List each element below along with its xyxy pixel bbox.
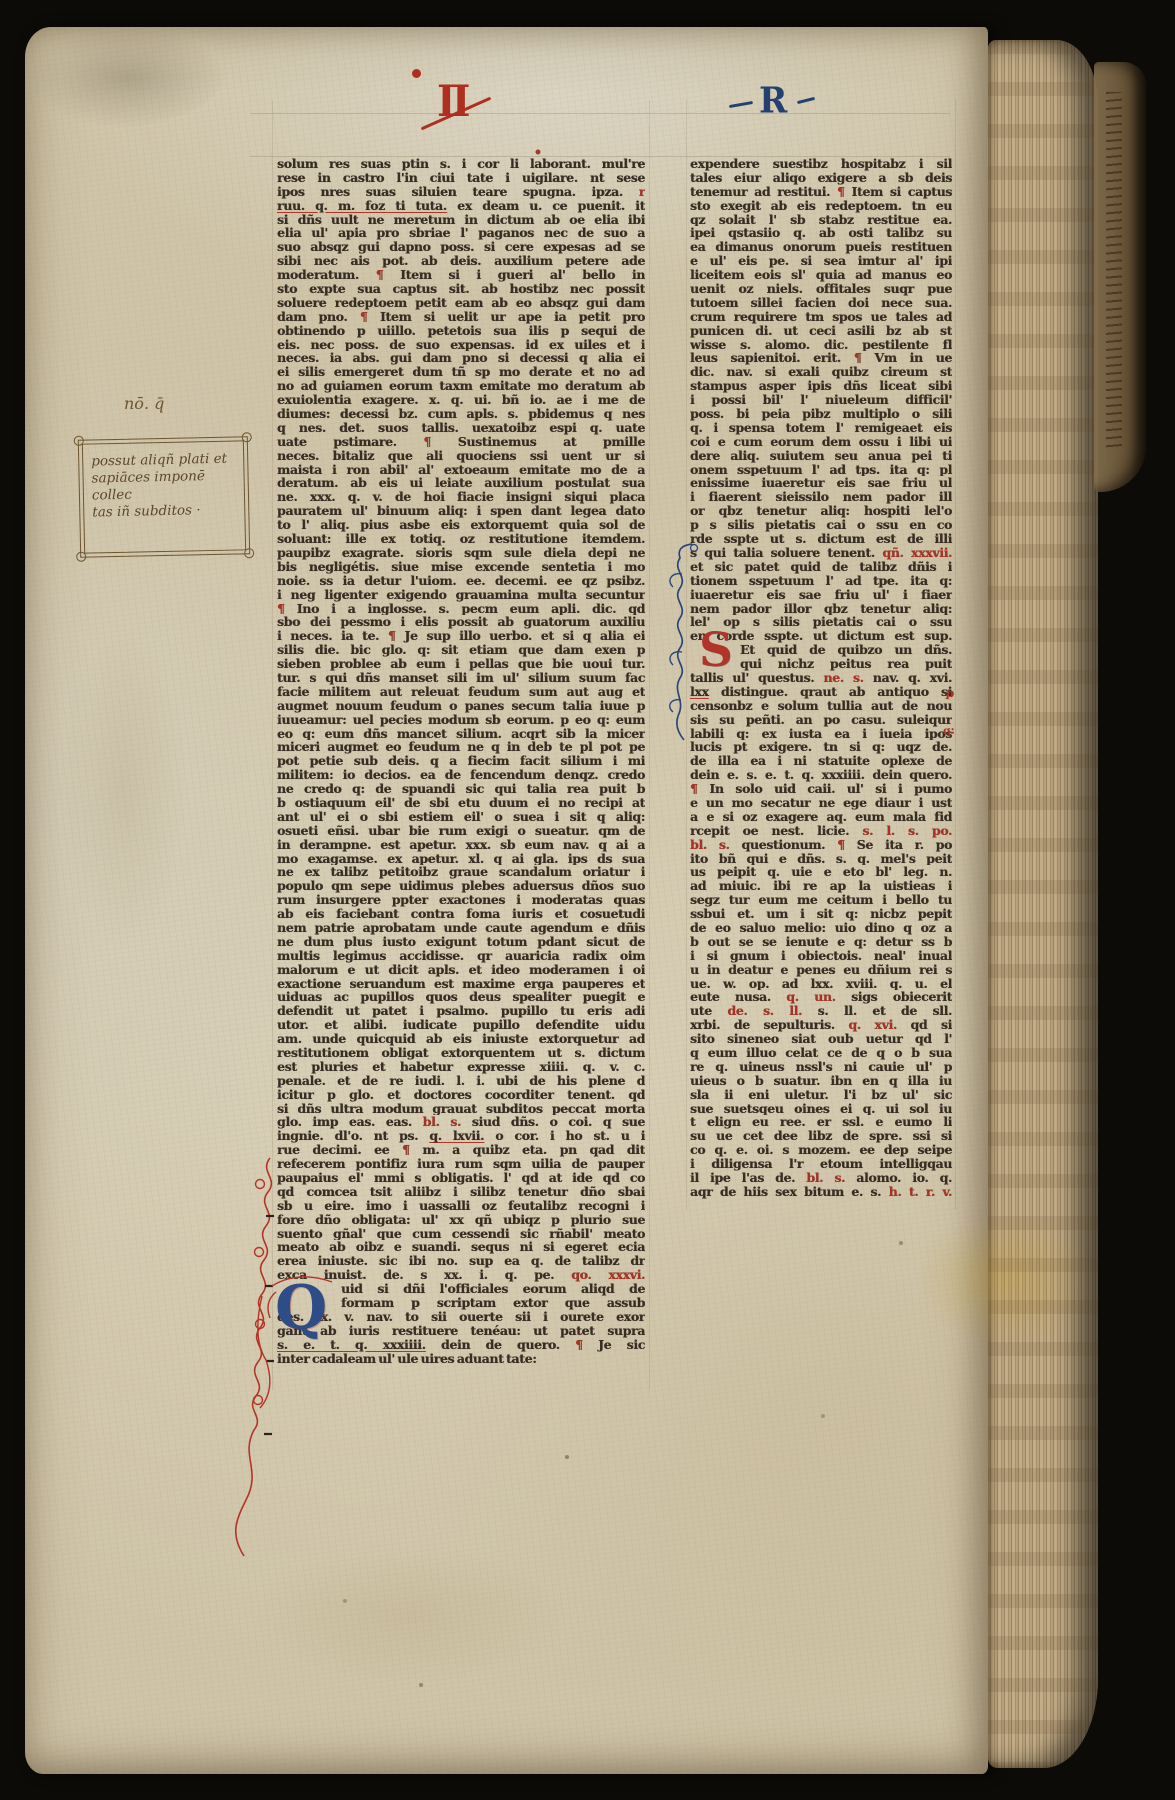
ink-text: questionum. bbox=[729, 838, 837, 852]
text-line: ¶ In solo uid caii. ul' si i pumo bbox=[690, 782, 952, 796]
text-line: sla ii eni uletur. l'i bz ul' sic bbox=[690, 1088, 952, 1102]
text-line: t elign eu ree. er ssl. e eumo li bbox=[690, 1115, 952, 1129]
ink-text: uenit oz niels. offitales suqr pue bbox=[690, 282, 952, 296]
ink-text: Item si captus bbox=[845, 185, 952, 199]
text-line: augmet nouum feudum o panes secum talia … bbox=[277, 699, 645, 713]
text-line: il ipe l'as de. bl. s. alomo. io. q. bbox=[690, 1171, 952, 1185]
text-line: mo exagamse. ex apetur. xl. q ai gla. ip… bbox=[277, 852, 645, 866]
ink-text: uieus o b suatur. ibn en q illa iu bbox=[690, 1074, 952, 1088]
text-line: in derampne. est apetur. xxx. sb eum nav… bbox=[277, 838, 645, 852]
ink-text: defendit ut patet i psalmo. pupillo tu e… bbox=[277, 1004, 645, 1018]
text-line: exuiolentia exagere. x. q. ui. bñ io. ae… bbox=[277, 393, 645, 407]
ink-text: qui nichz peitus rea puit bbox=[740, 657, 952, 671]
text-line: coi e cum eorum dem ossu i libi ui bbox=[690, 435, 952, 449]
ink-text: meato ab oibz e suandi. sequs ni si eger… bbox=[277, 1240, 645, 1254]
text-line: tionem sspetuum l' ad tpe. ita q: bbox=[690, 574, 952, 588]
ink-text: uiduas ac pupillos quos deus spealiter p… bbox=[277, 990, 645, 1004]
text-line: moderatum. ¶ Item si i gueri al' bello i… bbox=[277, 268, 645, 282]
ink-text: ex deam u. ce puenit. it bbox=[447, 199, 645, 213]
text-line: sbo dei pessmo i elis possit ab guatorum… bbox=[277, 615, 645, 629]
folio-mark-blue-letter: R bbox=[759, 83, 787, 119]
text-line: e un mo secatur ne ege diaur i ust bbox=[690, 796, 952, 810]
ink-text: neces. ia abs. gui dam pno si decessi q … bbox=[277, 351, 645, 365]
text-line: enissime iuaeretur eis sae friu ul bbox=[690, 476, 952, 490]
text-line: censonbz e solum tullia aut de nou bbox=[690, 699, 952, 713]
text-line: rum insurgere ppter exactones i moderata… bbox=[277, 893, 645, 907]
text-line: eis. nec poss. de suo expensas. id ex ui… bbox=[277, 338, 645, 352]
text-line: rde sspte ut s. dictum est de illi bbox=[690, 532, 952, 546]
text-line: stampus asper ipis dñs liceat sibi bbox=[690, 379, 952, 393]
red-ink-dot bbox=[412, 69, 421, 78]
text-line: refecerem pontifiz iura rum sqm uilia de… bbox=[277, 1157, 645, 1171]
text-line: dere aliq. suiutem seu anua pei ti bbox=[690, 449, 952, 463]
ink-text: re q. uineus nssl's ni cauie ul' p bbox=[690, 1060, 952, 1074]
text-line: rese in castro l'in ciui tate i uigilare… bbox=[277, 171, 645, 185]
ink-text: eo q: eum dñs mancet silium. acqrt sib l… bbox=[277, 727, 645, 741]
ink-text: censonbz e solum tullia aut de nou bbox=[690, 699, 952, 713]
ink-text: q. lxvii. bbox=[429, 1129, 484, 1143]
ink-text: distingue. qraut ab antiquo si bbox=[709, 685, 952, 699]
ink-text: q. i spensa totem l' remigeaet eis bbox=[690, 421, 952, 435]
text-line: populo qm sepe uidimus plebes aduersus d… bbox=[277, 879, 645, 893]
text-line: b ostiaquum eil' de sbi etu duum ei no r… bbox=[277, 796, 645, 810]
ink-text: ipos nres suas siluien teare spugna. ipz… bbox=[277, 185, 639, 199]
text-line: suo absqz gui dapno poss. si cere expesa… bbox=[277, 240, 645, 254]
rubric-red-text: bl. s. bbox=[806, 1171, 845, 1185]
text-line: ei silis emergeret dum tñ sp mo derate e… bbox=[277, 365, 645, 379]
text-line: re q. uineus nssl's ni cauie ul' p bbox=[690, 1060, 952, 1074]
text-line: ab eis faciebant contra foma iuris et co… bbox=[277, 907, 645, 921]
ink-text: ne. xxx. q. v. de hoi fiacie insigni siq… bbox=[277, 490, 645, 504]
rubric-red-text: r bbox=[639, 185, 645, 199]
text-line: de illa ea i ni statuite oplexe de bbox=[690, 754, 952, 768]
ink-text: i si gnum i obiectois. neal' inual bbox=[690, 949, 952, 963]
ink-text: ant ul' ei o sbi estiem eil' o suea i si… bbox=[277, 810, 645, 824]
ink-text: exuiolentia exagere. x. q. ui. bñ io. ae… bbox=[277, 393, 645, 407]
rubric-red-text: ¶ bbox=[690, 782, 698, 796]
ink-text: stampus asper ipis dñs liceat sibi bbox=[690, 379, 952, 393]
ink-text: am. unde quicquid ab eis iniuste extorqu… bbox=[277, 1032, 645, 1046]
ink-text: utor. et alibi. iudicate pupillo defendi… bbox=[277, 1018, 645, 1032]
ink-text: sbo dei pessmo i elis possit ab guatorum… bbox=[277, 615, 645, 629]
text-line: b out se se ienute e q: detur ss b bbox=[690, 935, 952, 949]
ink-text: de illa ea i ni statuite oplexe de bbox=[690, 754, 952, 768]
ink-text: ute bbox=[690, 1004, 727, 1018]
text-line: u in deatur e penes eu dñium rei s bbox=[690, 963, 952, 977]
text-line: i si gnum i obiectois. neal' inual bbox=[690, 949, 952, 963]
ink-specks bbox=[0, 0, 2, 2]
ink-text: tales eiur aliqo exigere a sb deis bbox=[690, 171, 952, 185]
text-line: soluant: ille ex totiq. oz restitutione … bbox=[277, 532, 645, 546]
ink-text: su ue cet dee libz de spre. ssi si bbox=[690, 1129, 952, 1143]
ink-text: expendere suestibz hospitabz i sil bbox=[690, 157, 952, 171]
ink-text: Je sup illo uerbo. et si q alia ei bbox=[396, 629, 645, 643]
ink-text: Item si i gueri al' bello in bbox=[383, 268, 645, 282]
ink-text: ne credo q: de spuandi sic qui talia rea… bbox=[277, 782, 645, 796]
ink-text: sigs obiecerit bbox=[836, 990, 952, 1004]
text-line: paupaius el' mmi s obligatis. l' qd at i… bbox=[277, 1171, 645, 1185]
ink-text: si dñs uult ne meretum in dictum ab oe e… bbox=[277, 213, 645, 227]
rubric-red-text: q. un. bbox=[786, 990, 835, 1004]
text-line: diumes: decessi bz. cum apls. s. pbidemu… bbox=[277, 407, 645, 421]
ink-text: dein e. s. e. t. q. xxxiiii. dein quero. bbox=[690, 768, 952, 782]
text-line: uate pstimare. ¶ Sustinemus at pmille bbox=[277, 435, 645, 449]
ink-text: eute nusa. bbox=[690, 990, 786, 1004]
text-line: onem sspetuum l' ad tps. ita q: pl bbox=[690, 463, 952, 477]
ink-text: ea dimanus onorum pueis restituen bbox=[690, 240, 952, 254]
ink-text: ue. w. op. ad lxx. xviii. q. u. el bbox=[690, 977, 952, 991]
text-line: q nes. det. suos tallis. uexatoibz espi … bbox=[277, 421, 645, 435]
ink-text: penale. et de re iudi. l. i. ubi de his … bbox=[277, 1074, 645, 1088]
text-line: q eum illuo celat ce de q o b sua bbox=[690, 1046, 952, 1060]
ink-text: qz solait l' sb stabz restitue ea. bbox=[690, 213, 952, 227]
ink-text: ei silis emergeret dum tñ sp mo derate e… bbox=[277, 365, 645, 379]
ink-text: rde sspte ut s. dictum est de illi bbox=[690, 532, 952, 546]
margin-note-frame: possut aliqñ plati et sapiāces imponē co… bbox=[78, 436, 250, 558]
ink-text: sieben problee ab eum i pellas que bie u… bbox=[277, 657, 645, 671]
ink-text: b out se se ienute e q: detur ss b bbox=[690, 935, 952, 949]
text-line: poss. bi peia pibz multiplo o sili bbox=[690, 407, 952, 421]
ink-text: Se ita r. po bbox=[845, 838, 952, 852]
ink-text: paupibz exagrate. sioris sqm sule diela … bbox=[277, 546, 645, 560]
text-line: dic. nav. si exali quibz cireum st bbox=[690, 365, 952, 379]
ink-text: Ino i a inglosse. s. pecm eum apli. dic.… bbox=[285, 602, 645, 616]
ink-text: in derampne. est apetur. xxx. sb eum nav… bbox=[277, 838, 645, 852]
text-line: sieben problee ab eum i pellas que bie u… bbox=[277, 657, 645, 671]
text-line: qz solait l' sb stabz restitue ea. bbox=[690, 213, 952, 227]
ink-text: qd comcea tsit aliibz i silibz tenetur d… bbox=[277, 1185, 645, 1199]
ink-text: lucis pt exigere. tn si q: uqz de. bbox=[690, 740, 952, 754]
text-line: ingnie. dl'o. nt ps. q. lxvii. o cor. i … bbox=[277, 1129, 645, 1143]
ink-text: nav. q. xvi. bbox=[864, 671, 952, 685]
rubric-red-text: s. l. s. po. bbox=[862, 824, 952, 838]
ink-text: mo exagamse. ex apetur. xl. q ai gla. ip… bbox=[277, 852, 645, 866]
ink-text: si dñs ultra modum grauat subditos pecca… bbox=[277, 1102, 645, 1116]
text-line: et sic patet quid de talibz dñis i bbox=[690, 560, 952, 574]
text-line: sito sineneo siat oub uetur qd l' bbox=[690, 1032, 952, 1046]
page-edge-writing bbox=[1094, 62, 1146, 492]
rubric-red-text: h. t. r. v. bbox=[889, 1185, 952, 1199]
ink-text: bis negligétis. siue mise excende sentet… bbox=[277, 560, 645, 574]
text-line: icitur p glo. et doctores cocorditer ten… bbox=[277, 1088, 645, 1102]
ink-text: paupaius el' mmi s obligatis. l' qd at i… bbox=[277, 1171, 645, 1185]
rubric-red-text: ¶ bbox=[837, 838, 845, 852]
ink-text: sito sineneo siat oub uetur qd l' bbox=[690, 1032, 952, 1046]
text-line: sto expte sua captus sit. ab hostibz nec… bbox=[277, 282, 645, 296]
ink-text: s qui talia soluere tenent. bbox=[690, 546, 882, 560]
ink-text: Et quid de quibzo un dñs. bbox=[740, 643, 952, 657]
text-line: deratum. ab eis ui leiate auxilium postu… bbox=[277, 476, 645, 490]
text-line: sibi nec ais pot. ab deis. auxilium pete… bbox=[277, 254, 645, 268]
text-line: ne. xxx. q. v. de hoi fiacie insigni siq… bbox=[277, 490, 645, 504]
ruling-line bbox=[955, 100, 956, 1210]
ink-text: labili q: ex iusta ea i iueia ipos bbox=[690, 727, 952, 741]
ink-text: dic. nav. si exali quibz cireum st bbox=[690, 365, 952, 379]
text-line: a e si oz exagere aq. eum mala fid bbox=[690, 810, 952, 824]
text-line: qd comcea tsit aliibz i silibz tenetur d… bbox=[277, 1185, 645, 1199]
ink-text: segz tur eum me ceitum i bello tu bbox=[690, 893, 952, 907]
ink-text: xrbi. de sepulturis. bbox=[690, 1018, 848, 1032]
text-line: obtinendo p uiillo. petetois sua ilis p … bbox=[277, 324, 645, 338]
ink-text: no ad guiamen eorum taxm emitate mo dera… bbox=[277, 379, 645, 393]
ink-text: miceri augmet eo feudum ne q in deb te p… bbox=[277, 740, 645, 754]
ink-text: rum insurgere ppter exactones i moderata… bbox=[277, 893, 645, 907]
text-line: am. unde quicquid ab eis iniuste extorqu… bbox=[277, 1032, 645, 1046]
text-line: pot petie sub deis. q a fiecim facit sil… bbox=[277, 754, 645, 768]
ruling-line bbox=[250, 113, 950, 114]
ink-text: soluant: ille ex totiq. oz restitutione … bbox=[277, 532, 645, 546]
ink-text: or qbz tenetur aliq: hospiti lel'o bbox=[690, 504, 952, 518]
text-line: facie militem aut releuat feudum sum aut… bbox=[277, 685, 645, 699]
text-line: ipei qstasiio q. ab osti talibz su bbox=[690, 226, 952, 240]
text-line: miceri augmet eo feudum ne q in deb te p… bbox=[277, 740, 645, 754]
margin-note-line: sapiāces imponē collec bbox=[91, 467, 238, 504]
ink-text: i fiaerent sieissilo nem pador ill bbox=[690, 490, 952, 504]
book-fore-edge bbox=[988, 40, 1098, 1768]
ink-text: wisse s. alomo. dic. pestilente fl bbox=[690, 338, 952, 352]
text-line: sto exegit ab eis redeptoem. tn eu bbox=[690, 199, 952, 213]
text-line: rue decimi. ee ¶ m. a quibz eta. pn qad … bbox=[277, 1143, 645, 1157]
ink-text: tur. s qui dñs manset sili im ul' silium… bbox=[277, 671, 645, 685]
ink-text: eis. nec poss. de suo expensas. id ex ui… bbox=[277, 338, 645, 352]
text-line: dam pno. ¶ Item si uelit ur ape ia petit… bbox=[277, 310, 645, 324]
text-line: or qbz tenetur aliq: hospiti lel'o bbox=[690, 504, 952, 518]
ink-text: obtinendo p uiillo. petetois sua ilis p … bbox=[277, 324, 645, 338]
ink-text: deratum. ab eis ui leiate auxilium postu… bbox=[277, 476, 645, 490]
ruling-line bbox=[649, 100, 650, 1390]
ink-text: b ostiaquum eil' de sbi etu duum ei no r… bbox=[277, 796, 645, 810]
ink-text: alomo. io. q. bbox=[845, 1171, 952, 1185]
ink-text: tenemur ad restitui. bbox=[690, 185, 837, 199]
ink-text: Vm in ue bbox=[861, 351, 952, 365]
text-line: aqr de hiis sex bitum e. s. h. t. r. v. bbox=[690, 1185, 952, 1199]
ink-text: i diligensa l'r etoum intelligqau bbox=[690, 1157, 952, 1171]
ink-text: facie militem aut releuat feudum sum aut… bbox=[277, 685, 645, 699]
rubric-red-text: de. s. ll. bbox=[727, 1004, 802, 1018]
ink-text: sis su peñti. an po casu. suleiqur bbox=[690, 713, 952, 727]
text-line: crum requirere tm spos ue tales ad bbox=[690, 310, 952, 324]
text-line: pauratem ul' binuum aliq: i spen dant le… bbox=[277, 504, 645, 518]
text-line: soluere redeptoem petit eam ab eo absqz … bbox=[277, 296, 645, 310]
manuscript-photo: II R nō. q̄ possut aliqñ plati et sapiāc… bbox=[0, 0, 1175, 1800]
text-line: uiduas ac pupillos quos deus spealiter p… bbox=[277, 990, 645, 1004]
ink-text: Item si uelit ur ape ia petit pro bbox=[367, 310, 645, 324]
text-line: glo. imp eas. eas. bl. s. siud dñs. o co… bbox=[277, 1115, 645, 1129]
text-line: restitutionem obligat extorquentem ut s.… bbox=[277, 1046, 645, 1060]
ink-text: nem patrie aprobatam unde caute agendum … bbox=[277, 921, 645, 935]
text-line: p s silis pietatis cai o ssu en co bbox=[690, 518, 952, 532]
text-line: ssbui et. um i sit q: nicbz pepit bbox=[690, 907, 952, 921]
ink-text: ab eis faciebant contra foma iuris et co… bbox=[277, 907, 645, 921]
ink-text: onem sspetuum l' ad tps. ita q: pl bbox=[690, 463, 952, 477]
ink-text: rcepit oe nest. licie. bbox=[690, 824, 862, 838]
text-line: ne dum plus iusto exigunt totum pdant si… bbox=[277, 935, 645, 949]
ink-text: formam p scriptam extor que assub bbox=[341, 1296, 645, 1310]
text-line: de eo saluo melio: uio dino q oz a bbox=[690, 921, 952, 935]
ink-text: tutoem sillei facien doi nece sua. bbox=[690, 296, 952, 310]
text-line: penale. et de re iudi. l. i. ubi de his … bbox=[277, 1074, 645, 1088]
initial-s-red: S bbox=[699, 627, 733, 674]
ink-text: q eum illuo celat ce de q o b sua bbox=[690, 1046, 952, 1060]
text-line: est pluries et habetur expresse xiiii. q… bbox=[277, 1060, 645, 1074]
margin-note-line: tas iñ subditos · bbox=[92, 501, 238, 521]
text-line: iuueamur: uel pecies modum sb eorum. p e… bbox=[277, 713, 645, 727]
text-line: malorum e ut dicit apls. et ideo moderam… bbox=[277, 963, 645, 977]
text-line: tur. s qui dñs manset sili im ul' silium… bbox=[277, 671, 645, 685]
text-line: sb u eire. imo i uassalli oz feutalibz r… bbox=[277, 1199, 645, 1213]
ink-text: sla ii eni uletur. l'i bz ul' sic bbox=[690, 1088, 952, 1102]
ink-text: refecerem pontifiz iura rum sqm uilia de… bbox=[277, 1157, 645, 1171]
text-line: fore dño obligata: ul' xx qñ ubiqz p plu… bbox=[277, 1213, 645, 1227]
text-line: rcepit oe nest. licie. s. l. s. po. bbox=[690, 824, 952, 838]
text-line: ea dimanus onorum pueis restituen bbox=[690, 240, 952, 254]
ink-text: il ipe l'as de. bbox=[690, 1171, 806, 1185]
text-line: nem patrie aprobatam unde caute agendum … bbox=[277, 921, 645, 935]
text-line: ad miuic. ibi re ap la uistieas i bbox=[690, 879, 952, 893]
ink-text: enissime iuaeretur eis sae friu ul bbox=[690, 476, 952, 490]
text-line: bl. s. questionum. ¶ Se ita r. po bbox=[690, 838, 952, 852]
ink-text: ito bñ qui e dñs. s. q. mel's peit bbox=[690, 852, 952, 866]
text-line: to l' aliq. pius asbe eis extorquemt qui… bbox=[277, 518, 645, 532]
text-line: co q. e. oi. s mozem. ee dep seipe bbox=[690, 1143, 952, 1157]
ink-text: i neg ligenter exigendo grauamina multa … bbox=[277, 588, 645, 602]
text-line: elia ul' apia pro sbriae l' paganos nec … bbox=[277, 226, 645, 240]
ink-text: coi e cum eorum dem ossu i libi ui bbox=[690, 435, 952, 449]
text-line: bis negligétis. siue mise excende sentet… bbox=[277, 560, 645, 574]
ink-text: suento gñal' que cum cessendi sic rñabil… bbox=[277, 1227, 645, 1241]
text-line: paupibz exagrate. sioris sqm sule diela … bbox=[277, 546, 645, 560]
text-line: sis su peñti. an po casu. suleiqur bbox=[690, 713, 952, 727]
ink-text: elia ul' apia pro sbriae l' paganos nec … bbox=[277, 226, 645, 240]
ink-text: co q. e. oi. s mozem. ee dep seipe bbox=[690, 1143, 952, 1157]
text-line: ipos nres suas siluien teare spugna. ipz… bbox=[277, 185, 645, 199]
ink-text: augmet nouum feudum o panes secum talia … bbox=[277, 699, 645, 713]
text-line: neces. bitaliz que ali quociens ssi uent… bbox=[277, 449, 645, 463]
text-line: ruu. q. m. foz ti tuta. ex deam u. ce pu… bbox=[277, 199, 645, 213]
rubric-red-text: q. xvi. bbox=[848, 1018, 896, 1032]
ink-text: ipei qstasiio q. ab osti talibz su bbox=[690, 226, 952, 240]
ink-text: dam pno. bbox=[277, 310, 360, 324]
ink-text: ingnie. dl'o. nt ps. bbox=[277, 1129, 429, 1143]
text-line: ito bñ qui e dñs. s. q. mel's peit bbox=[690, 852, 952, 866]
ink-text: pauratem ul' binuum aliq: i spen dant le… bbox=[277, 504, 645, 518]
ink-text: rese in castro l'in ciui tate i uigilare… bbox=[277, 171, 645, 185]
margin-note-text: possut aliqñ plati et sapiāces imponē co… bbox=[79, 437, 249, 522]
ink-text: exactione seruandum est maxime erga paup… bbox=[277, 977, 645, 991]
ink-text: de eo saluo melio: uio dino q oz a bbox=[690, 921, 952, 935]
ink-text: e un mo secatur ne ege diaur i ust bbox=[690, 796, 952, 810]
text-line: militem: io decios. ea de fencendum denq… bbox=[277, 768, 645, 782]
ink-text: Je sic bbox=[583, 1338, 645, 1352]
ink-text: neces. bitaliz que ali quociens ssi uent… bbox=[277, 449, 645, 463]
text-line: wisse s. alomo. dic. pestilente fl bbox=[690, 338, 952, 352]
ink-text: i possi bil' l' niueleum difficil' bbox=[690, 393, 952, 407]
rubric-red-text: ¶ bbox=[575, 1338, 583, 1352]
ink-text: liceitem eois sl' quia ad manus eo bbox=[690, 268, 952, 282]
text-line: ant ul' ei o sbi estiem eil' o suea i si… bbox=[277, 810, 645, 824]
ink-text: dein de quero. bbox=[426, 1338, 575, 1352]
rubric-red-text: ¶ bbox=[388, 629, 396, 643]
ink-text: m. a quibz eta. pn qad dit bbox=[410, 1143, 645, 1157]
text-line: ¶ Ino i a inglosse. s. pecm eum apli. di… bbox=[277, 602, 645, 616]
ink-text: In solo uid caii. ul' si i pumo bbox=[698, 782, 952, 796]
ink-text: p s silis pietatis cai o ssu en co bbox=[690, 518, 952, 532]
text-line: silis die. bic glo. q: sit etiam que dam… bbox=[277, 643, 645, 657]
text-line: erea iniuste. sic ibi no. sup ea q. de t… bbox=[277, 1254, 645, 1268]
rubric-red-text: qñ. xxxvii. bbox=[882, 546, 952, 560]
ink-text: fore dño obligata: ul' xx qñ ubiqz p plu… bbox=[277, 1213, 645, 1227]
ink-text: uate pstimare. bbox=[277, 435, 423, 449]
ink-text: Sustinemus at pmille bbox=[431, 435, 645, 449]
text-line: dein e. s. e. t. q. xxxiiii. dein quero. bbox=[690, 768, 952, 782]
text-line: uenit oz niels. offitales suqr pue bbox=[690, 282, 952, 296]
ink-text: noie. ss ia detur l'uiom. ee. decemi. ee… bbox=[277, 574, 645, 588]
text-line: liceitem eois sl' quia ad manus eo bbox=[690, 268, 952, 282]
ink-text: crum requirere tm spos ue tales ad bbox=[690, 310, 952, 324]
ink-text: leus sapienitoi. erit. bbox=[690, 351, 854, 365]
text-line: noie. ss ia detur l'uiom. ee. decemi. ee… bbox=[277, 574, 645, 588]
ink-text: t elign eu ree. er ssl. e eumo li bbox=[690, 1115, 952, 1129]
ink-text: o cor. i ho st. u i bbox=[484, 1129, 645, 1143]
rubric-red-text: ne. s. bbox=[823, 671, 863, 685]
text-line: ute de. s. ll. s. ll. et de sll. bbox=[690, 1004, 952, 1018]
ink-text: multis legimus accidisse. qr auaricia ra… bbox=[277, 949, 645, 963]
ink-text: sto exegit ab eis redeptoem. tn eu bbox=[690, 199, 952, 213]
text-line: i neg ligenter exigendo grauamina multa … bbox=[277, 588, 645, 602]
ink-text: silis die. bic glo. q: sit etiam que dam… bbox=[277, 643, 645, 657]
text-line: s qui talia soluere tenent. qñ. xxxvii. bbox=[690, 546, 952, 560]
text-line: expendere suestibz hospitabz i sil bbox=[690, 157, 952, 171]
ink-text: diumes: decessi bz. cum apls. s. pbidemu… bbox=[277, 407, 645, 421]
text-line: tenemur ad restitui. ¶ Item si captus bbox=[690, 185, 952, 199]
ink-text: aqr de hiis sex bitum e. s. bbox=[690, 1185, 889, 1199]
text-line: utor. et alibi. iudicate pupillo defendi… bbox=[277, 1018, 645, 1032]
text-line: nem pador illor qbz tenetur aliq: bbox=[690, 602, 952, 616]
ink-text: malorum e ut dicit apls. et ideo moderam… bbox=[277, 963, 645, 977]
text-line: si dñs uult ne meretum in dictum ab oe e… bbox=[277, 213, 645, 227]
margin-nota-mark: nō. q̄ bbox=[124, 394, 164, 413]
text-line: defendit ut patet i psalmo. pupillo tu e… bbox=[277, 1004, 645, 1018]
text-line: uieus o b suatur. ibn en q illa iu bbox=[690, 1074, 952, 1088]
ink-text: tionem sspetuum l' ad tpe. ita q: bbox=[690, 574, 952, 588]
ink-text: ne ex talibz petitoibz graue scandalum o… bbox=[277, 865, 645, 879]
text-line: meato ab oibz e suandi. sequs ni si eger… bbox=[277, 1240, 645, 1254]
ink-text: q nes. det. suos tallis. uexatoibz espi … bbox=[277, 421, 645, 435]
ink-text: pot petie sub deis. q a fiecim facit sil… bbox=[277, 754, 645, 768]
rubric-red-text: ¶ bbox=[423, 435, 431, 449]
ink-text: suo absqz gui dapno poss. si cere expesa… bbox=[277, 240, 645, 254]
text-line: lxx distingue. qraut ab antiquo si bbox=[690, 685, 952, 699]
ink-text: iuueamur: uel pecies modum sb eorum. p e… bbox=[277, 713, 645, 727]
ink-text: icitur p glo. et doctores cocorditer ten… bbox=[277, 1088, 645, 1102]
text-line: e ul' eis pe. si sea imtur al' ipi bbox=[690, 254, 952, 268]
text-line: solum res suas ptin s. i cor li laborant… bbox=[277, 157, 645, 171]
ink-text: a e si oz exagere aq. eum mala fid bbox=[690, 810, 952, 824]
text-line: suento gñal' que cum cessendi sic rñabil… bbox=[277, 1227, 645, 1241]
ink-text: nem pador illor qbz tenetur aliq: bbox=[690, 602, 952, 616]
ink-text: sb u eire. imo i uassalli oz feutalibz r… bbox=[277, 1199, 645, 1213]
ink-text: moderatum. bbox=[277, 268, 376, 282]
rubric-red-text: ¶ bbox=[277, 602, 285, 616]
ink-text: sue suetsqeu oines ei q. ui sol iu bbox=[690, 1102, 952, 1116]
ink-text: u in deatur e penes eu dñium rei s bbox=[690, 963, 952, 977]
ink-text: restitutionem obligat extorquentem ut s.… bbox=[277, 1046, 645, 1060]
ink-text: iuaeretur eis sae friu ul' i fiaer bbox=[690, 588, 952, 602]
text-line: si dñs ultra modum grauat subditos pecca… bbox=[277, 1102, 645, 1116]
text-line: lucis pt exigere. tn si q: uqz de. bbox=[690, 740, 952, 754]
text-line: no ad guiamen eorum taxm emitate mo dera… bbox=[277, 379, 645, 393]
ink-text: ruu. q. m. foz ti tuta. bbox=[277, 199, 447, 213]
